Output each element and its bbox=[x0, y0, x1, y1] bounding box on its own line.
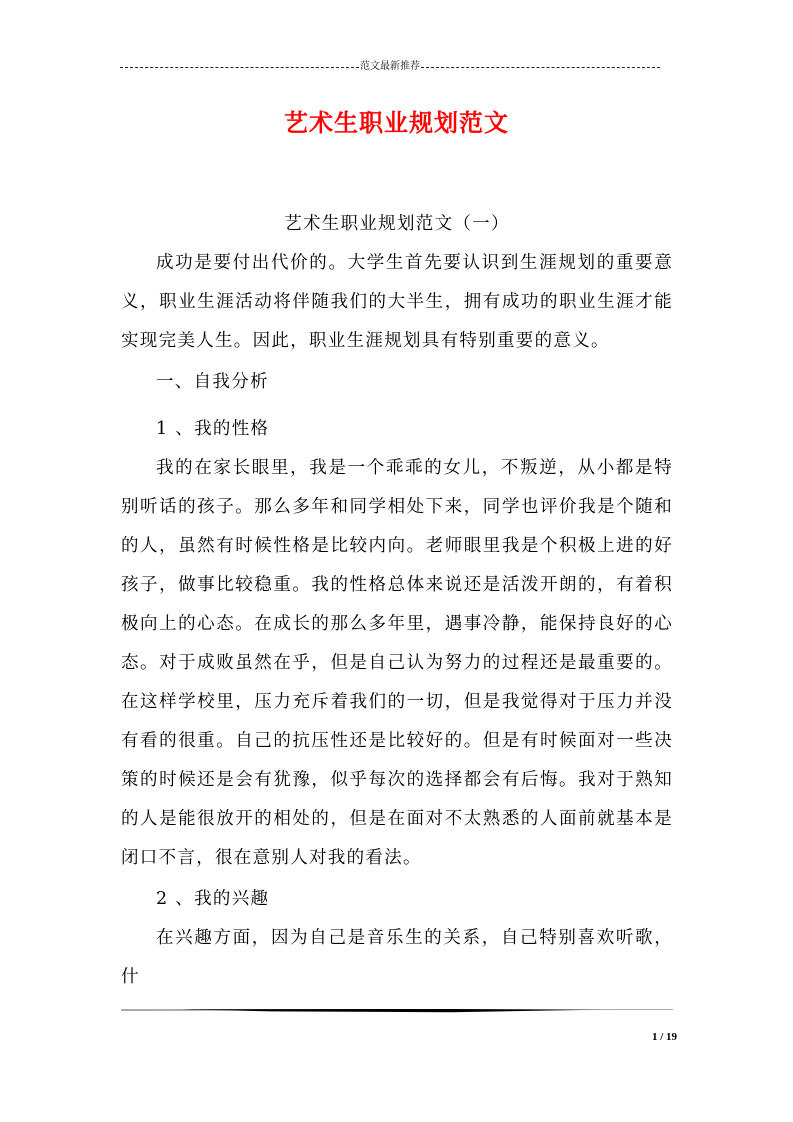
document-title: 艺术生职业规划范文 bbox=[0, 103, 793, 138]
document-body: 艺术生职业规划范文（一） 成功是要付出代价的。大学生首先要认识到生涯规划的重要意… bbox=[121, 205, 673, 997]
section-subtitle: 艺术生职业规划范文（一） bbox=[121, 205, 673, 244]
paragraph-personality: 我的在家长眼里，我是一个乖乖的女儿，不叛逆，从小都是特别听话的孩子。那么多年和同… bbox=[121, 449, 673, 878]
header-dashed-line-left bbox=[120, 67, 359, 68]
page-header: 范文最新推荐 bbox=[120, 60, 660, 74]
page-number: 1 / 19 bbox=[652, 1031, 677, 1043]
heading-interests: 2 、我的兴趣 bbox=[121, 880, 673, 919]
header-dashed-line-right bbox=[421, 67, 660, 68]
paragraph-interests: 在兴趣方面，因为自己是音乐生的关系，自己特别喜欢听歌，什 bbox=[121, 919, 673, 997]
heading-self-analysis: 一、自我分析 bbox=[121, 363, 673, 402]
paragraph-intro: 成功是要付出代价的。大学生首先要认识到生涯规划的重要意义，职业生涯活动将伴随我们… bbox=[121, 244, 673, 361]
heading-personality: 1 、我的性格 bbox=[121, 410, 673, 449]
footer-divider bbox=[121, 1008, 673, 1012]
header-label: 范文最新推荐 bbox=[359, 60, 421, 74]
